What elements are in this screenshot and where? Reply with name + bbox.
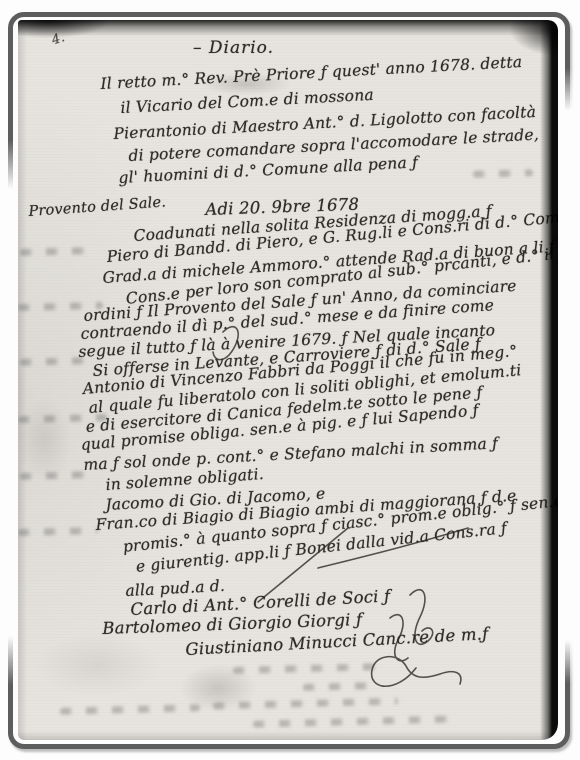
verso-bleedthrough	[233, 663, 383, 674]
verso-bleedthrough	[303, 682, 373, 691]
manuscript-page: 4. – Diario. Il retto m.° Rev. Prè Prior…	[18, 20, 558, 740]
margin-note: Provento del Sale.	[28, 194, 167, 220]
manuscript-line: Il retto m.° Rev. Prè Priore ƒ quest' an…	[100, 53, 523, 93]
frame-fade-right	[560, 68, 580, 683]
verso-bleedthrough	[18, 527, 98, 536]
verso-bleedthrough	[473, 169, 533, 178]
verso-bleedthrough	[60, 704, 200, 715]
verso-bleedthrough	[20, 357, 85, 366]
frame-fade-left	[0, 140, 18, 685]
verso-bleedthrough	[253, 715, 458, 727]
scanned-document: 4. – Diario. Il retto m.° Rev. Prè Prior…	[0, 0, 580, 760]
verso-bleedthrough	[20, 247, 90, 256]
verso-bleedthrough	[213, 698, 398, 710]
page-number-mark: 4.	[50, 30, 67, 48]
page-title: – Diario.	[193, 38, 274, 58]
